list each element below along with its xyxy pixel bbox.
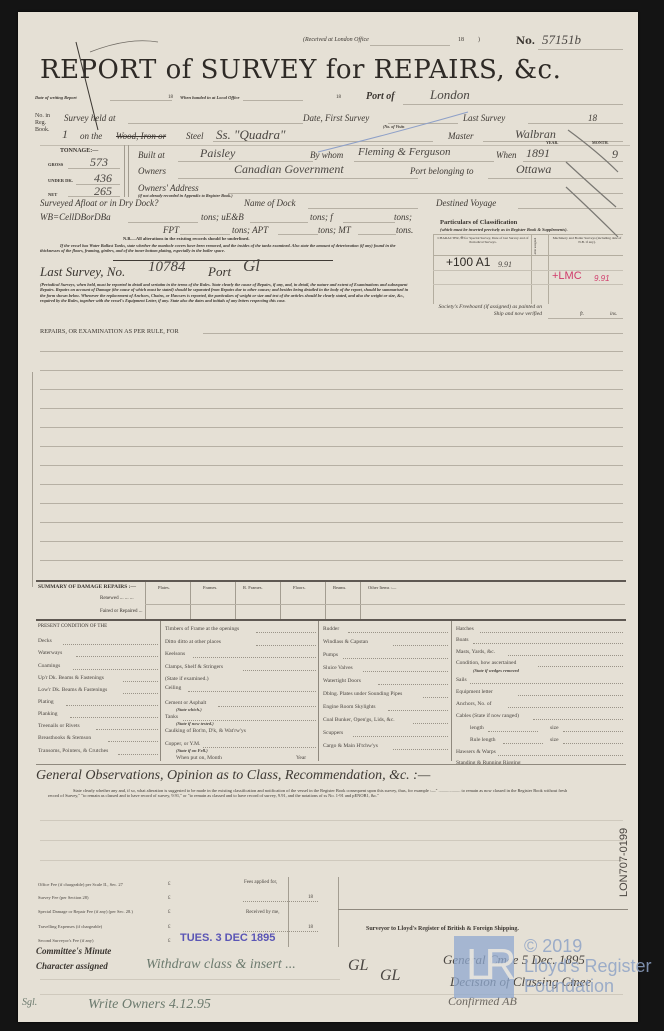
pencil-marks xyxy=(18,12,638,1022)
survey-report-page: (Received at London Office 18 ) No. 5715… xyxy=(18,12,638,1022)
